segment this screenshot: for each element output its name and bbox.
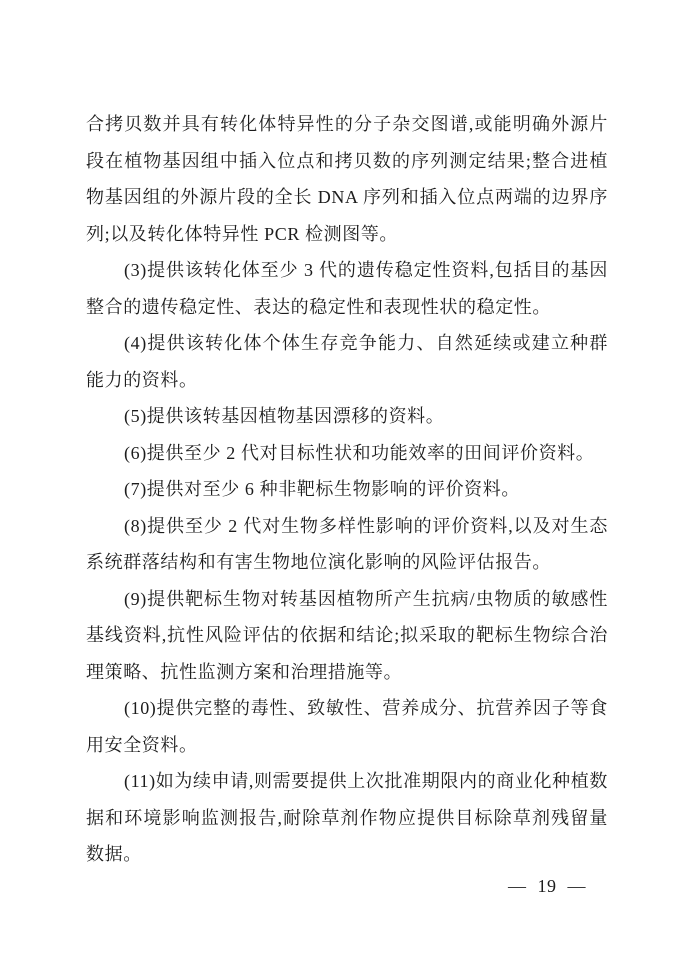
paragraph-item-4: (4)提供该转化体个体生存竞争能力、自然延续或建立种群能力的资料。	[86, 325, 608, 398]
page-number: — 19 —	[508, 876, 586, 897]
paragraph-item-7: (7)提供对至少 6 种非靶标生物影响的评价资料。	[86, 471, 608, 508]
paragraph-continued: 合拷贝数并具有转化体特异性的分子杂交图谱,或能明确外源片段在植物基因组中插入位点…	[86, 106, 608, 252]
paragraph-item-6: (6)提供至少 2 代对目标性状和功能效率的田间评价资料。	[86, 435, 608, 472]
document-body-text: 合拷贝数并具有转化体特异性的分子杂交图谱,或能明确外源片段在植物基因组中插入位点…	[86, 106, 608, 873]
paragraph-item-9: (9)提供靶标生物对转基因植物所产生抗病/虫物质的敏感性基线资料,抗性风险评估的…	[86, 581, 608, 691]
paragraph-item-8: (8)提供至少 2 代对生物多样性影响的评价资料,以及对生态系统群落结构和有害生…	[86, 508, 608, 581]
paragraph-item-10: (10)提供完整的毒性、致敏性、营养成分、抗营养因子等食用安全资料。	[86, 690, 608, 763]
document-page: 合拷贝数并具有转化体特异性的分子杂交图谱,或能明确外源片段在植物基因组中插入位点…	[0, 0, 690, 975]
paragraph-item-11: (11)如为续申请,则需要提供上次批准期限内的商业化种植数据和环境影响监测报告,…	[86, 763, 608, 873]
paragraph-item-5: (5)提供该转基因植物基因漂移的资料。	[86, 398, 608, 435]
paragraph-item-3: (3)提供该转化体至少 3 代的遗传稳定性资料,包括目的基因整合的遗传稳定性、表…	[86, 252, 608, 325]
